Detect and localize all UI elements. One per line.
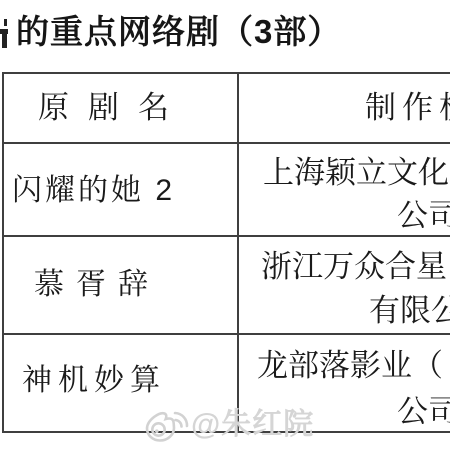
cell-producer-row1-line1: 上海颖立文化 [263, 157, 449, 188]
cell-producer-row3-line2: 公司 [397, 396, 450, 427]
table-border-row2-bottom [2, 333, 450, 335]
cell-drama-name-row2: 慕胥辞 [34, 270, 160, 300]
page-title: 的重点网络剧（3部） [16, 15, 341, 48]
table-border-left [2, 72, 4, 433]
cell-producer-row1-line2: 公司 [397, 200, 450, 231]
table-border-top [2, 72, 450, 74]
cell-drama-name-row3: 神机妙算 [22, 366, 166, 396]
table-column-divider [237, 72, 239, 433]
cell-producer-row2-line2: 有限公 [369, 295, 450, 326]
table-border-header-bottom [2, 142, 450, 144]
cell-producer-row2-line1: 浙江万众合星 [261, 251, 447, 282]
watermark-handle: @朱红院 [191, 410, 314, 440]
column-header-production-company: 制作机 [365, 92, 450, 123]
weibo-icon [144, 401, 191, 446]
column-header-original-title: 原剧名 [38, 92, 188, 123]
screenshot-canvas: 的重点网络剧（3部） 原剧名 制作机 闪耀的她 2 上海颖立文化 公司 慕胥辞 … [0, 0, 450, 450]
cell-producer-row3-line1: 龙部落影业（ [257, 350, 443, 381]
cell-drama-name-row1: 闪耀的她 2 [12, 176, 175, 206]
table-border-row1-bottom [2, 235, 450, 237]
